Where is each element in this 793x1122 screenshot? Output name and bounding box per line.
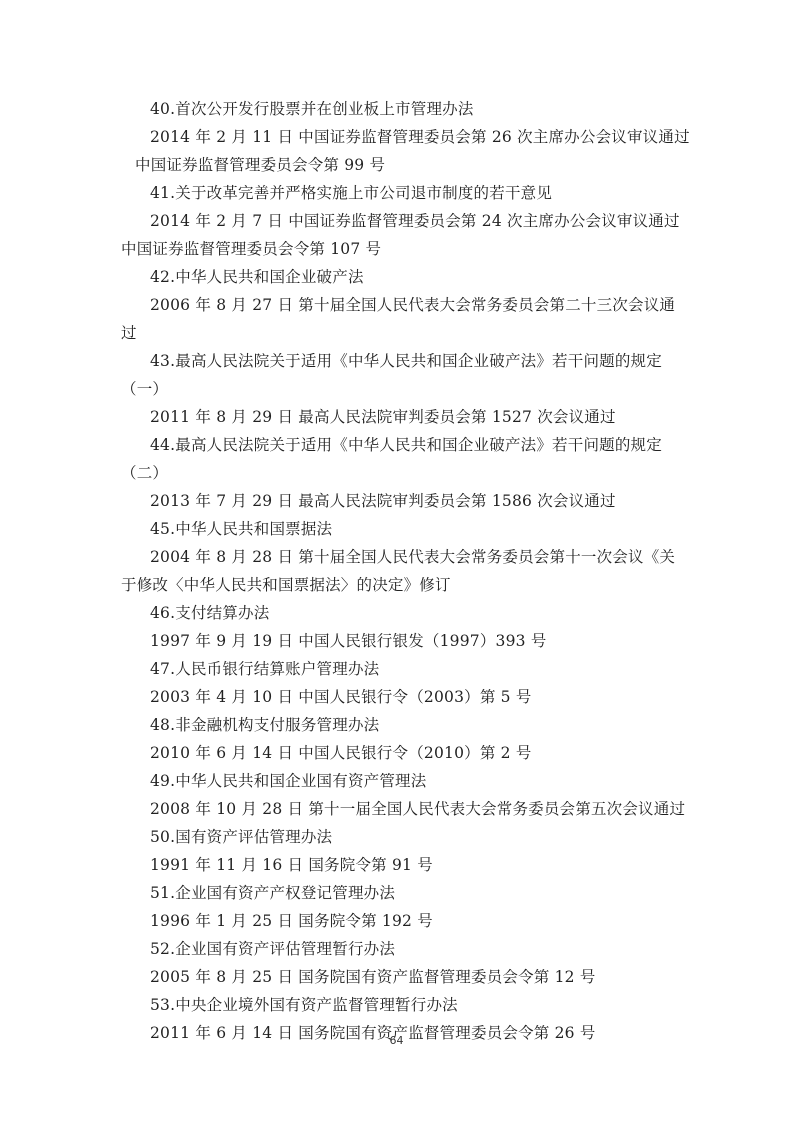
text-line: （一） (121, 379, 168, 399)
text-line: 48.非金融机构支付服务管理办法 (150, 715, 379, 735)
text-line: 1996 年 1 月 25 日 国务院令第 192 号 (150, 911, 433, 931)
text-line: 53.中央企业境外国有资产监督管理暂行办法 (150, 995, 458, 1015)
text-line: 52.企业国有资产评估管理暂行办法 (150, 939, 395, 959)
text-line: 2013 年 7 月 29 日 最高人民法院审判委员会第 1586 次会议通过 (150, 491, 616, 511)
text-line: 于修改〈中华人民共和国票据法〉的决定》修订 (121, 575, 451, 595)
text-line: 2014 年 2 月 11 日 中国证券监督管理委员会第 26 次主席办公会议审… (150, 127, 690, 147)
text-line: （二） (121, 463, 168, 483)
page-number: 64 (0, 1034, 793, 1047)
text-line: 46.支付结算办法 (150, 603, 269, 623)
text-line: 2011 年 8 月 29 日 最高人民法院审判委员会第 1527 次会议通过 (150, 407, 616, 427)
text-line: 1991 年 11 月 16 日 国务院令第 91 号 (150, 855, 433, 875)
text-line: 2014 年 2 月 7 日 中国证券监督管理委员会第 24 次主席办公会议审议… (150, 211, 680, 231)
text-line: 中国证券监督管理委员会令第 99 号 (135, 155, 385, 175)
text-line: 44.最高人民法院关于适用《中华人民共和国企业破产法》若干问题的规定 (150, 435, 662, 455)
text-line: 过 (121, 323, 137, 343)
text-line: 45.中华人民共和国票据法 (150, 519, 332, 539)
text-line: 1997 年 9 月 19 日 中国人民银行银发（1997）393 号 (150, 631, 547, 651)
text-line: 42.中华人民共和国企业破产法 (150, 267, 364, 287)
text-line: 50.国有资产评估管理办法 (150, 827, 332, 847)
text-line: 2003 年 4 月 10 日 中国人民银行令（2003）第 5 号 (150, 687, 532, 707)
document-page: 40.首次公开发行股票并在创业板上市管理办法2014 年 2 月 11 日 中国… (0, 0, 793, 1122)
text-line: 49.中华人民共和国企业国有资产管理法 (150, 771, 426, 791)
text-line: 43.最高人民法院关于适用《中华人民共和国企业破产法》若干问题的规定 (150, 351, 662, 371)
text-line: 2005 年 8 月 25 日 国务院国有资产监督管理委员会令第 12 号 (150, 967, 596, 987)
text-line: 2008 年 10 月 28 日 第十一届全国人民代表大会常务委员会第五次会议通… (150, 799, 685, 819)
text-line: 中国证券监督管理委员会令第 107 号 (121, 239, 381, 259)
text-line: 41.关于改革完善并严格实施上市公司退市制度的若干意见 (150, 183, 552, 203)
text-line: 51.企业国有资产产权登记管理办法 (150, 883, 395, 903)
text-line: 40.首次公开发行股票并在创业板上市管理办法 (150, 99, 474, 119)
text-line: 47.人民币银行结算账户管理办法 (150, 659, 379, 679)
text-line: 2010 年 6 月 14 日 中国人民银行令（2010）第 2 号 (150, 743, 532, 763)
text-line: 2004 年 8 月 28 日 第十届全国人民代表大会常务委员会第十一次会议《关 (150, 547, 675, 567)
text-line: 2006 年 8 月 27 日 第十届全国人民代表大会常务委员会第二十三次会议通 (150, 295, 675, 315)
